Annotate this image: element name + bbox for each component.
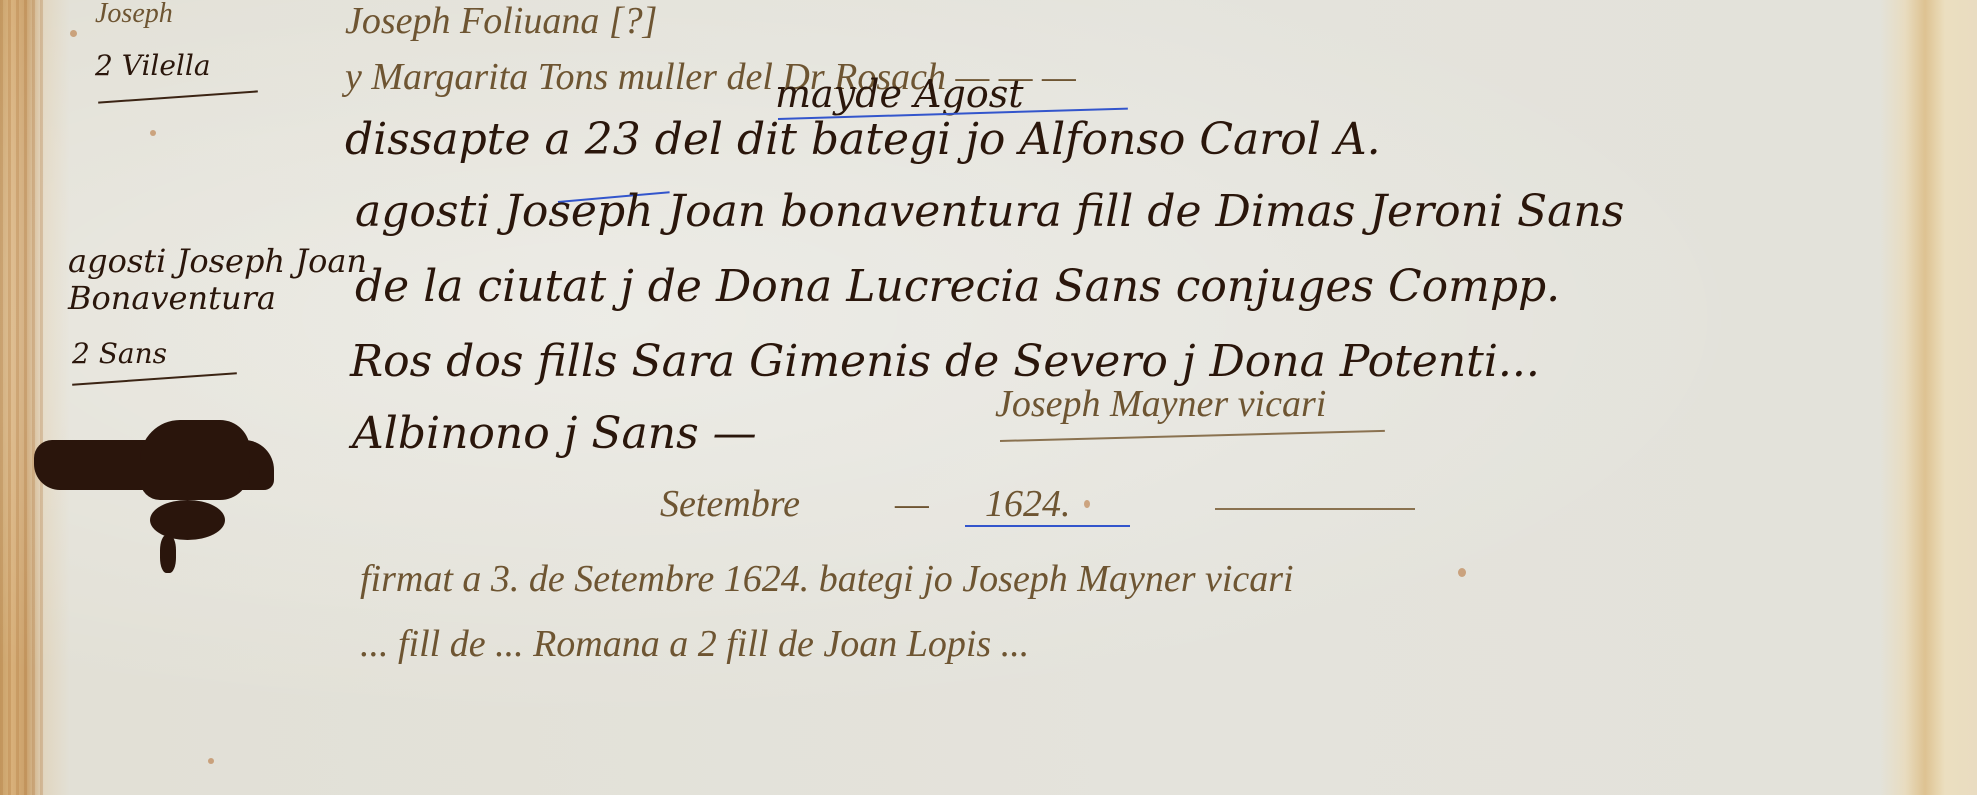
ink-blot <box>140 420 250 500</box>
entry-line-2: agosti Joseph Joan bonaventura fill de D… <box>355 190 1624 234</box>
binding-stain <box>0 0 46 795</box>
foxing-spot <box>1084 500 1090 508</box>
annotation-line <box>965 525 1130 527</box>
foxing-spot <box>208 758 214 764</box>
next-entry-line1: firmat a 3. de Setembre 1624. bategi jo … <box>360 560 1294 598</box>
margin-entry-underline <box>72 372 237 386</box>
signature-underline <box>1000 430 1385 442</box>
margin-prev-name-fragment: Joseph <box>95 0 173 28</box>
margin-entry-surname: 2 Sans <box>72 340 167 368</box>
entry-insertion-above: mayde Agost <box>775 75 1023 113</box>
next-entry-line2: ... fill de ... Romana a 2 fill de Joan … <box>360 625 1029 663</box>
entry-line-3: de la ciutat j de Dona Lucrecia Sans con… <box>355 265 1560 309</box>
previous-entry-line1: Joseph Foliuana [?] <box>345 2 657 40</box>
page-edge-stain <box>1905 0 1945 795</box>
entry-line-1: dissapte a 23 del dit bategi jo Alfonso … <box>345 118 1381 162</box>
margin-entry-names-line1: agosti Joseph Joan <box>68 245 367 277</box>
entry-signature: Joseph Mayner vicari <box>995 385 1326 423</box>
foxing-spot <box>1458 568 1466 577</box>
foxing-spot <box>150 130 156 136</box>
ink-blot <box>160 535 176 573</box>
margin-prev-underline <box>98 90 258 103</box>
date-heading-trailing-rule <box>1215 508 1415 510</box>
ink-blot <box>150 500 225 540</box>
entry-line-5: Albinono j Sans — <box>352 412 757 456</box>
margin-prev-surname: 2 Vilella <box>95 52 211 80</box>
entry-line-4: Ros dos fills Sara Gimenis de Severo j D… <box>350 340 1540 384</box>
date-heading-dash: — <box>895 485 929 523</box>
date-heading-year: 1624. <box>985 485 1071 523</box>
manuscript-page: Joseph 2 Vilella agosti Joseph Joan Bona… <box>0 0 1977 795</box>
date-heading-month: Setembre <box>660 485 800 523</box>
margin-entry-names-line2: Bonaventura <box>68 282 276 314</box>
foxing-spot <box>70 30 77 37</box>
